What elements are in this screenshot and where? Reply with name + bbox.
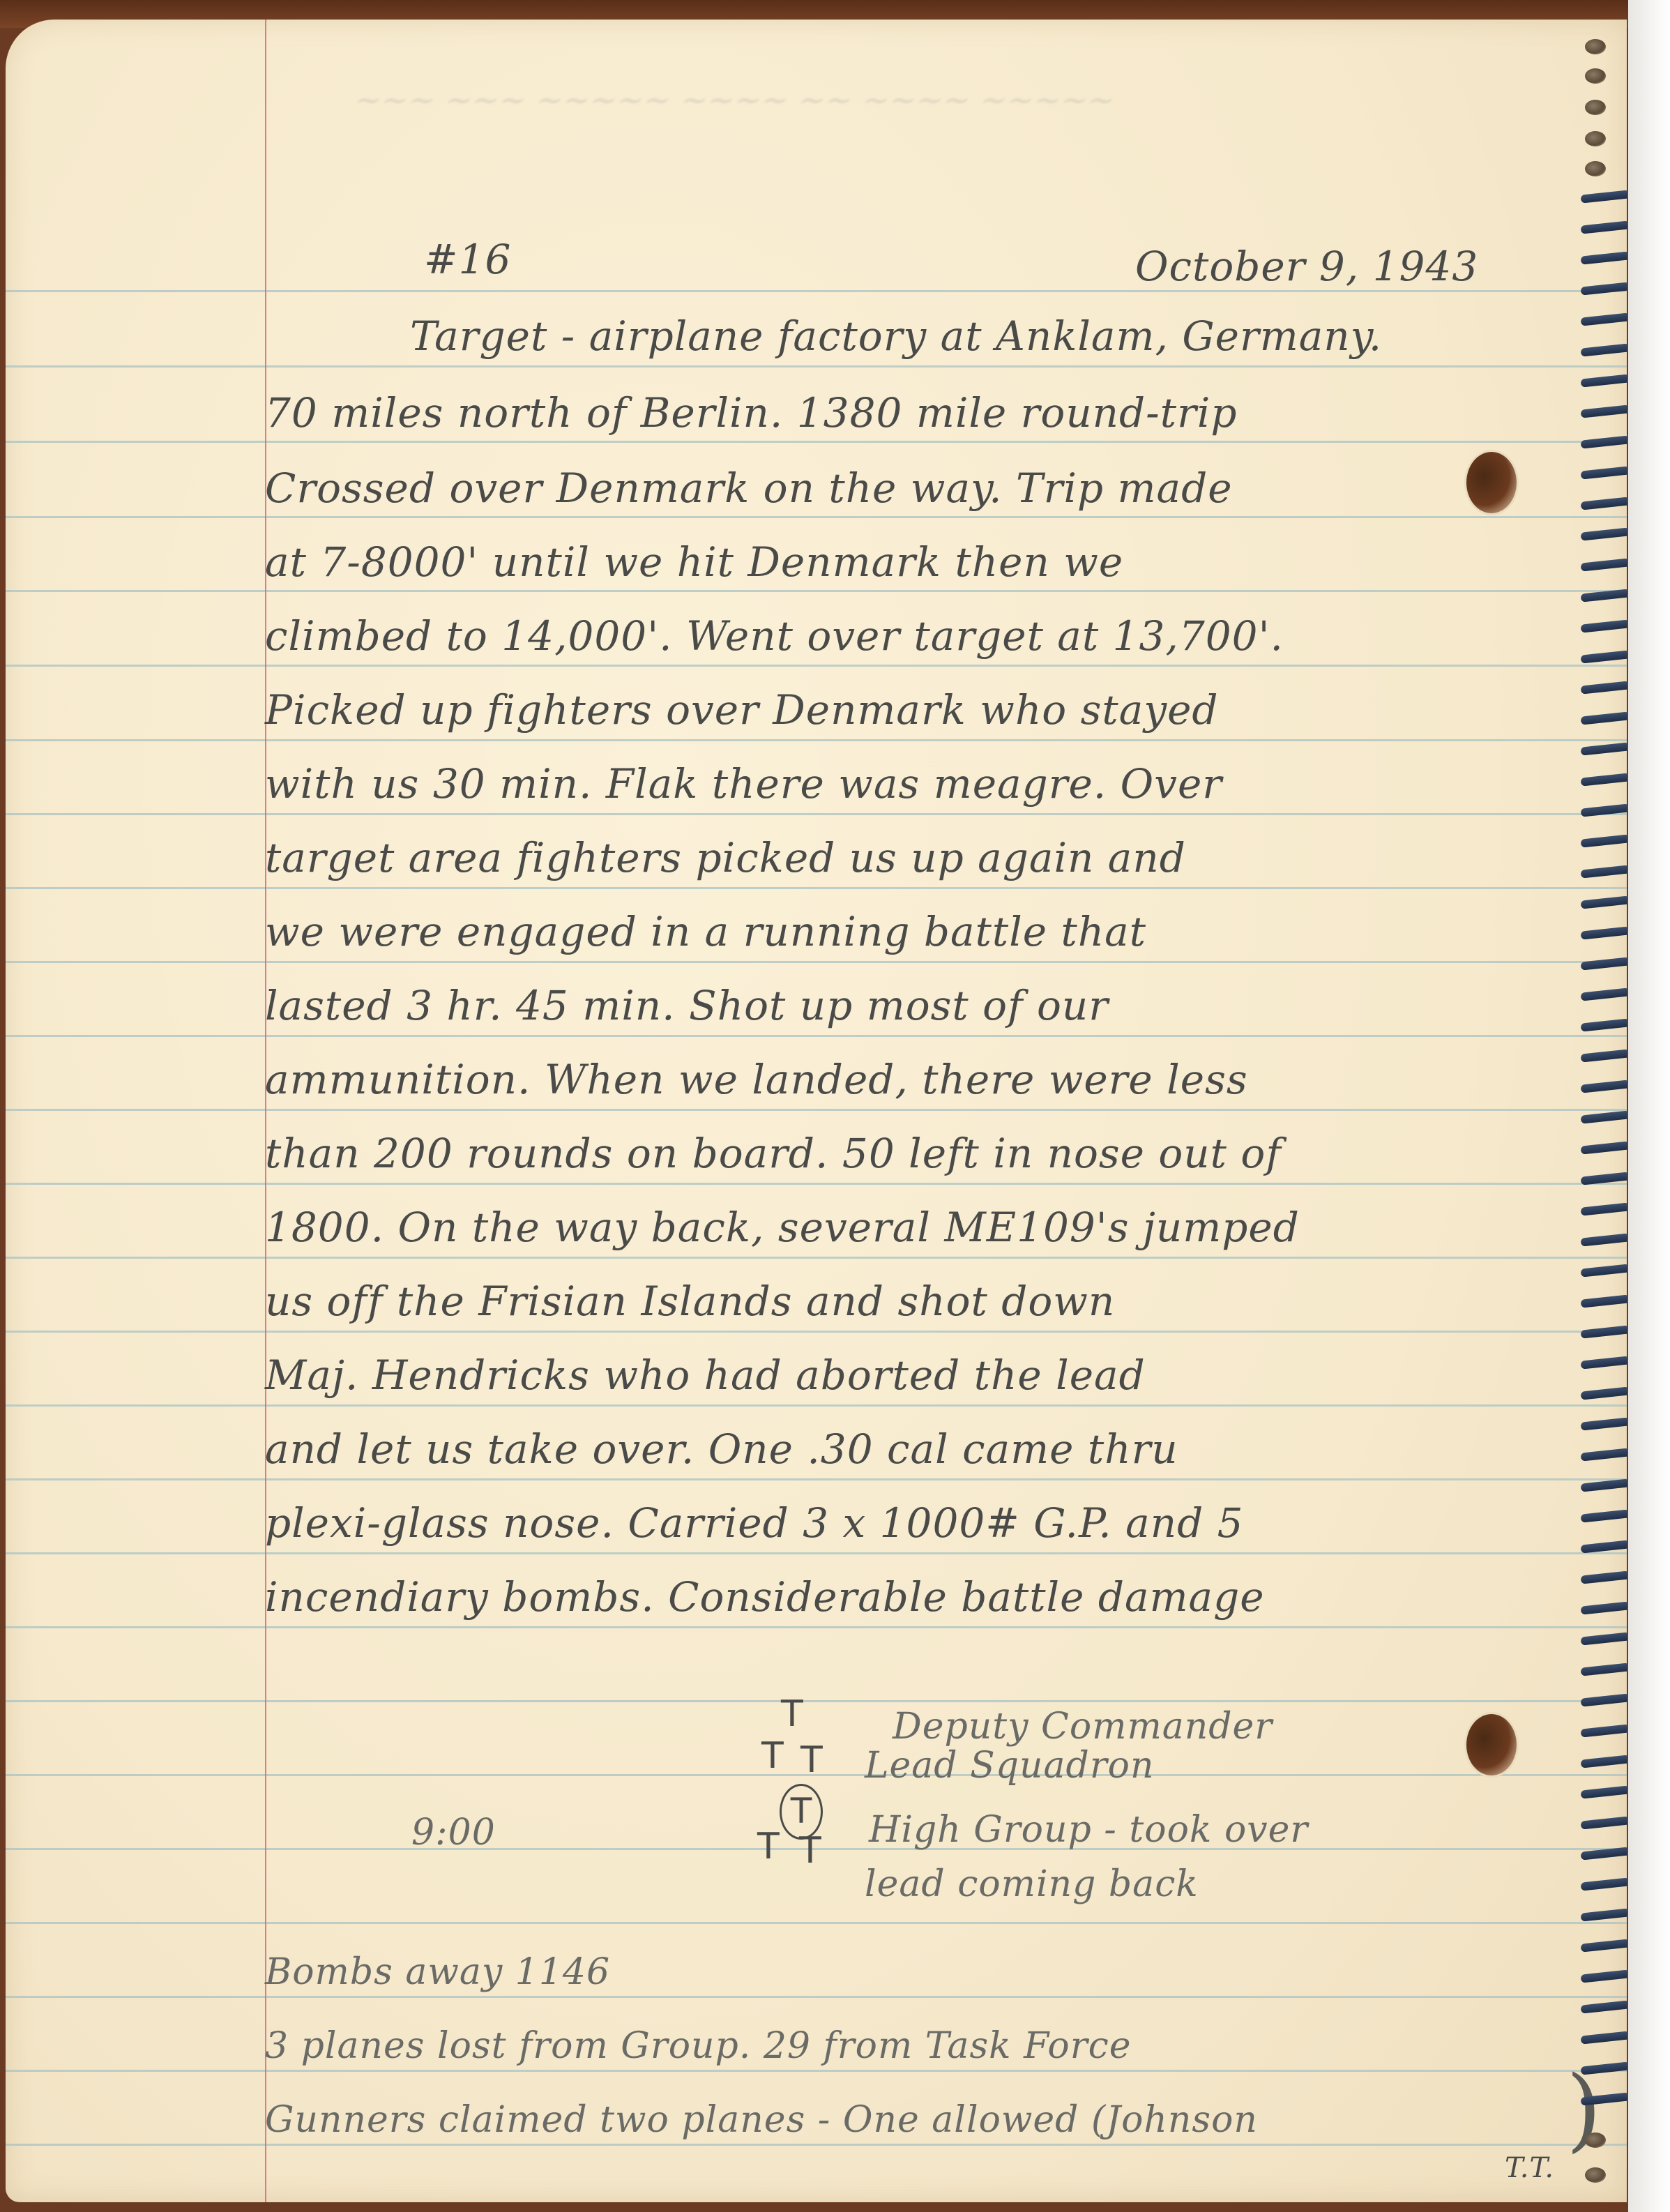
spiral-coil — [1581, 619, 1627, 632]
spiral-coil — [1581, 312, 1627, 326]
spiral-coil — [1581, 1325, 1627, 1338]
ruled-line — [6, 1331, 1627, 1333]
ruled-line — [6, 1183, 1627, 1185]
spiral-coil — [1581, 711, 1627, 725]
body-line: we were engaged in a running battle that — [265, 908, 1146, 955]
body-line: Target - airplane factory at Anklam, Ger… — [410, 312, 1382, 360]
signature-initials: T.T. — [1505, 2152, 1554, 2184]
spiral-coil — [1581, 1478, 1627, 1492]
spiral-coil — [1581, 1724, 1627, 1737]
ruled-line — [6, 665, 1627, 667]
spiral-coil — [1581, 343, 1627, 356]
spiral-coil — [1581, 1755, 1627, 1768]
spiral-hole — [1585, 68, 1606, 84]
spiral-coil — [1581, 2031, 1627, 2044]
spiral-coil — [1581, 558, 1627, 571]
spiral-hole — [1585, 161, 1606, 176]
body-line: 70 miles north of Berlin. 1380 mile roun… — [265, 389, 1237, 437]
ruled-line — [6, 1478, 1627, 1480]
ruled-line — [6, 441, 1627, 443]
body-line: with us 30 min. Flak there was meagre. O… — [265, 760, 1222, 808]
spiral-coil — [1581, 1018, 1627, 1031]
ruled-line — [6, 813, 1627, 815]
spiral-hole — [1585, 131, 1606, 146]
body-line: ammunition. When we landed, there were l… — [265, 1056, 1248, 1103]
body-line: us off the Frisian Islands and shot down — [265, 1278, 1115, 1325]
body-line: plexi-glass nose. Carried 3 x 1000# G.P.… — [265, 1499, 1244, 1547]
spiral-coil — [1581, 1877, 1627, 1891]
formation-mark-t: T — [800, 1739, 823, 1781]
body-line: lasted 3 hr. 45 min. Shot up most of our — [265, 982, 1109, 1029]
spiral-coil — [1581, 1939, 1627, 1952]
spiral-coil — [1581, 497, 1627, 510]
ruled-line — [6, 739, 1627, 741]
spiral-coil — [1581, 1908, 1627, 1921]
footer-line: Gunners claimed two planes - One allowed… — [265, 2099, 1258, 2141]
body-line: Crossed over Denmark on the way. Trip ma… — [265, 464, 1233, 512]
spiral-coil — [1581, 527, 1627, 540]
spiral-coil — [1581, 2000, 1627, 2013]
ruled-line — [6, 290, 1627, 292]
spiral-coil — [1581, 1049, 1627, 1062]
formation-mark-t: T — [799, 1830, 821, 1872]
spiral-coil — [1581, 251, 1627, 264]
spiral-coil — [1581, 1080, 1627, 1093]
spiral-coil — [1581, 220, 1627, 234]
ruled-line — [6, 2144, 1627, 2146]
spiral-coil — [1581, 1448, 1627, 1461]
formation-note: Deputy Commander — [893, 1706, 1273, 1748]
ruled-line — [6, 1626, 1627, 1628]
entry-date: October 9, 1943 — [1135, 243, 1478, 290]
ruled-line — [6, 961, 1627, 963]
formation-mark-t: T — [757, 1826, 780, 1868]
spiral-coil — [1581, 1969, 1627, 1983]
ruled-line — [6, 1552, 1627, 1554]
body-line: target area fighters picked us up again … — [265, 834, 1186, 881]
body-line: Maj. Hendricks who had aborted the lead — [265, 1351, 1146, 1399]
spiral-coil — [1581, 1233, 1627, 1246]
margin-line — [265, 20, 266, 2202]
ruled-line — [6, 1996, 1627, 1998]
spiral-coil — [1581, 957, 1627, 970]
ruled-line — [6, 1922, 1627, 1924]
background-edge — [1628, 0, 1670, 2212]
spiral-coil — [1581, 1202, 1627, 1215]
body-line: at 7-8000' until we hit Denmark then we — [265, 538, 1123, 586]
ruled-line — [6, 1700, 1627, 1702]
spiral-coil — [1581, 1386, 1627, 1400]
ruled-line — [6, 887, 1627, 889]
spiral-coil — [1581, 1601, 1627, 1614]
binder-hole-top — [1466, 452, 1517, 513]
spiral-coil — [1581, 1356, 1627, 1369]
ruled-line — [6, 1035, 1627, 1037]
spiral-hole — [1585, 39, 1606, 54]
formation-mark-t: T — [761, 1735, 784, 1777]
spiral-coil — [1581, 466, 1627, 479]
footer-line: Bombs away 1146 — [265, 1951, 610, 1993]
ruled-line — [6, 590, 1627, 592]
ruled-line — [6, 516, 1627, 518]
formation-time: 9:00 — [411, 1812, 496, 1854]
body-line: Picked up fighters over Denmark who stay… — [265, 686, 1219, 734]
entry-number: #16 — [424, 236, 511, 283]
notebook-page: ~~~ ~~~ ~~~~~ ~~~~ ~~ ~~~~ ~~~~~ #16 Oct… — [6, 20, 1627, 2202]
spiral-coil — [1581, 681, 1627, 694]
formation-note: High Group - took over — [869, 1809, 1308, 1851]
formation-note: Lead Squadron — [865, 1745, 1154, 1787]
ruled-line — [6, 1257, 1627, 1259]
body-line: and let us take over. One .30 cal came t… — [265, 1425, 1178, 1473]
body-line: incendiary bombs. Considerable battle da… — [265, 1573, 1265, 1621]
spiral-coil — [1581, 404, 1627, 418]
spiral-coil — [1581, 435, 1627, 448]
spiral-coil — [1581, 834, 1627, 847]
formation-mark-t: T — [781, 1693, 803, 1735]
spiral-coil — [1581, 1570, 1627, 1584]
spiral-coil — [1581, 1141, 1627, 1154]
formation-note: lead coming back — [865, 1863, 1199, 1905]
ruled-line — [6, 365, 1627, 368]
spiral-coil — [1581, 742, 1627, 755]
spiral-coil — [1581, 1816, 1627, 1829]
spiral-coil — [1581, 190, 1627, 203]
spiral-coil — [1581, 1294, 1627, 1308]
spiral-coil — [1581, 374, 1627, 387]
spiral-coil — [1581, 773, 1627, 786]
spiral-coil — [1581, 1540, 1627, 1553]
spiral-coil — [1581, 1264, 1627, 1277]
spiral-coil — [1581, 987, 1627, 1001]
spiral-coil — [1581, 865, 1627, 878]
body-line: than 200 rounds on board. 50 left in nos… — [265, 1130, 1282, 1177]
spiral-hole — [1585, 100, 1606, 115]
ruled-line — [6, 1404, 1627, 1407]
spiral-coil — [1581, 1417, 1627, 1430]
spiral-coil — [1581, 650, 1627, 663]
binder-hole-bottom — [1466, 1714, 1517, 1775]
spiral-coil — [1581, 1693, 1627, 1706]
spiral-hole — [1585, 2167, 1606, 2183]
spiral-coil — [1581, 1632, 1627, 1645]
body-line: climbed to 14,000'. Went over target at … — [265, 612, 1284, 660]
spiral-coil — [1581, 895, 1627, 909]
spiral-coil — [1581, 1509, 1627, 1522]
footer-line: 3 planes lost from Group. 29 from Task F… — [265, 2025, 1131, 2067]
ruled-line — [6, 2070, 1627, 2072]
spiral-coil — [1581, 282, 1627, 295]
body-line: 1800. On the way back, several ME109's j… — [265, 1204, 1300, 1251]
spiral-coil — [1581, 1662, 1627, 1676]
bleed-through-text: ~~~ ~~~ ~~~~~ ~~~~ ~~ ~~~~ ~~~~~ — [318, 68, 1549, 250]
spiral-coil — [1581, 1785, 1627, 1798]
spiral-coil — [1581, 1110, 1627, 1123]
spiral-hole — [1585, 2133, 1606, 2148]
ruled-line — [6, 1109, 1627, 1111]
spiral-coil — [1581, 926, 1627, 939]
